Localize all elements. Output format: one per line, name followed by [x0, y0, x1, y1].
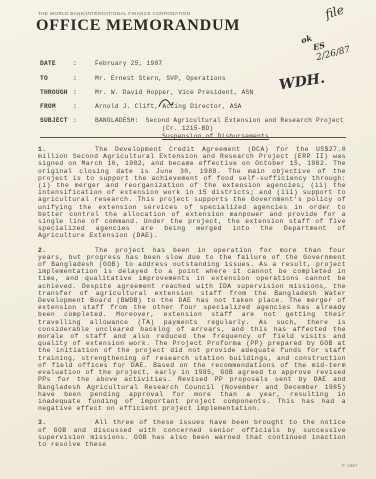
paragraph-1-text: The Development Credit Agreement (DCA) f…: [38, 146, 346, 239]
subject-label: SUBJECT: [40, 117, 73, 124]
to-value: Mr. Ernest Stern, SVP, Operations: [95, 75, 226, 82]
through-label: THROUGH: [40, 89, 73, 96]
paragraph-1: 1.The Development Credit Agreement (DCA)…: [38, 146, 346, 240]
date-label: DATE: [40, 60, 73, 67]
field-row-from: FROM:Arnold J. Clift, Acting Director, A…: [40, 103, 360, 110]
subject-country: BANGLADESH:: [95, 117, 139, 124]
memo-page: THE WORLD BANK/INTERNATIONAL FINANCE COR…: [0, 0, 376, 479]
subject-credit-number: (Cr. 1215-BD): [162, 125, 347, 132]
paragraph-2-text: The project has been in operation for mo…: [38, 247, 346, 412]
to-colon: :: [73, 75, 79, 82]
handwritten-ok-note: ok: [300, 33, 313, 46]
field-row-through: THROUGH:Mr. W. David Hopper, Vice Presid…: [40, 89, 360, 96]
date-value: February 25, 1987: [95, 60, 162, 67]
from-colon: :: [73, 103, 79, 110]
through-colon: :: [73, 89, 79, 96]
paragraph-2-number: 2.: [38, 247, 95, 254]
form-number: P-1867: [342, 463, 358, 468]
from-label: FROM: [40, 103, 73, 110]
paragraph-3: 3.All three of these issues have been br…: [38, 419, 346, 448]
handwritten-file-note: file: [323, 2, 345, 21]
field-row-date: DATE:February 25, 1987: [40, 60, 360, 67]
from-signature-mark: [158, 95, 174, 113]
paragraph-1-number: 1.: [38, 146, 95, 153]
org-line: THE WORLD BANK/INTERNATIONAL FINANCE COR…: [38, 11, 190, 16]
through-value: Mr. W. David Hopper, Vice President, ASN: [95, 89, 254, 96]
subject-colon: :: [73, 117, 79, 124]
memo-title: OFFICE MEMORANDUM: [36, 17, 240, 35]
subject-line-1: BANGLADESH:Second Agricultural Extension…: [95, 117, 344, 124]
subject-title: Second Agricultural Extension and Resear…: [146, 117, 344, 124]
paragraph-3-number: 3.: [38, 419, 95, 426]
subject-underline: [40, 137, 346, 138]
paragraph-2: 2.The project has been in operation for …: [38, 247, 346, 413]
to-label: TO: [40, 75, 73, 82]
memo-body: 1.The Development Credit Agreement (DCA)…: [38, 146, 346, 455]
date-colon: :: [73, 60, 79, 67]
